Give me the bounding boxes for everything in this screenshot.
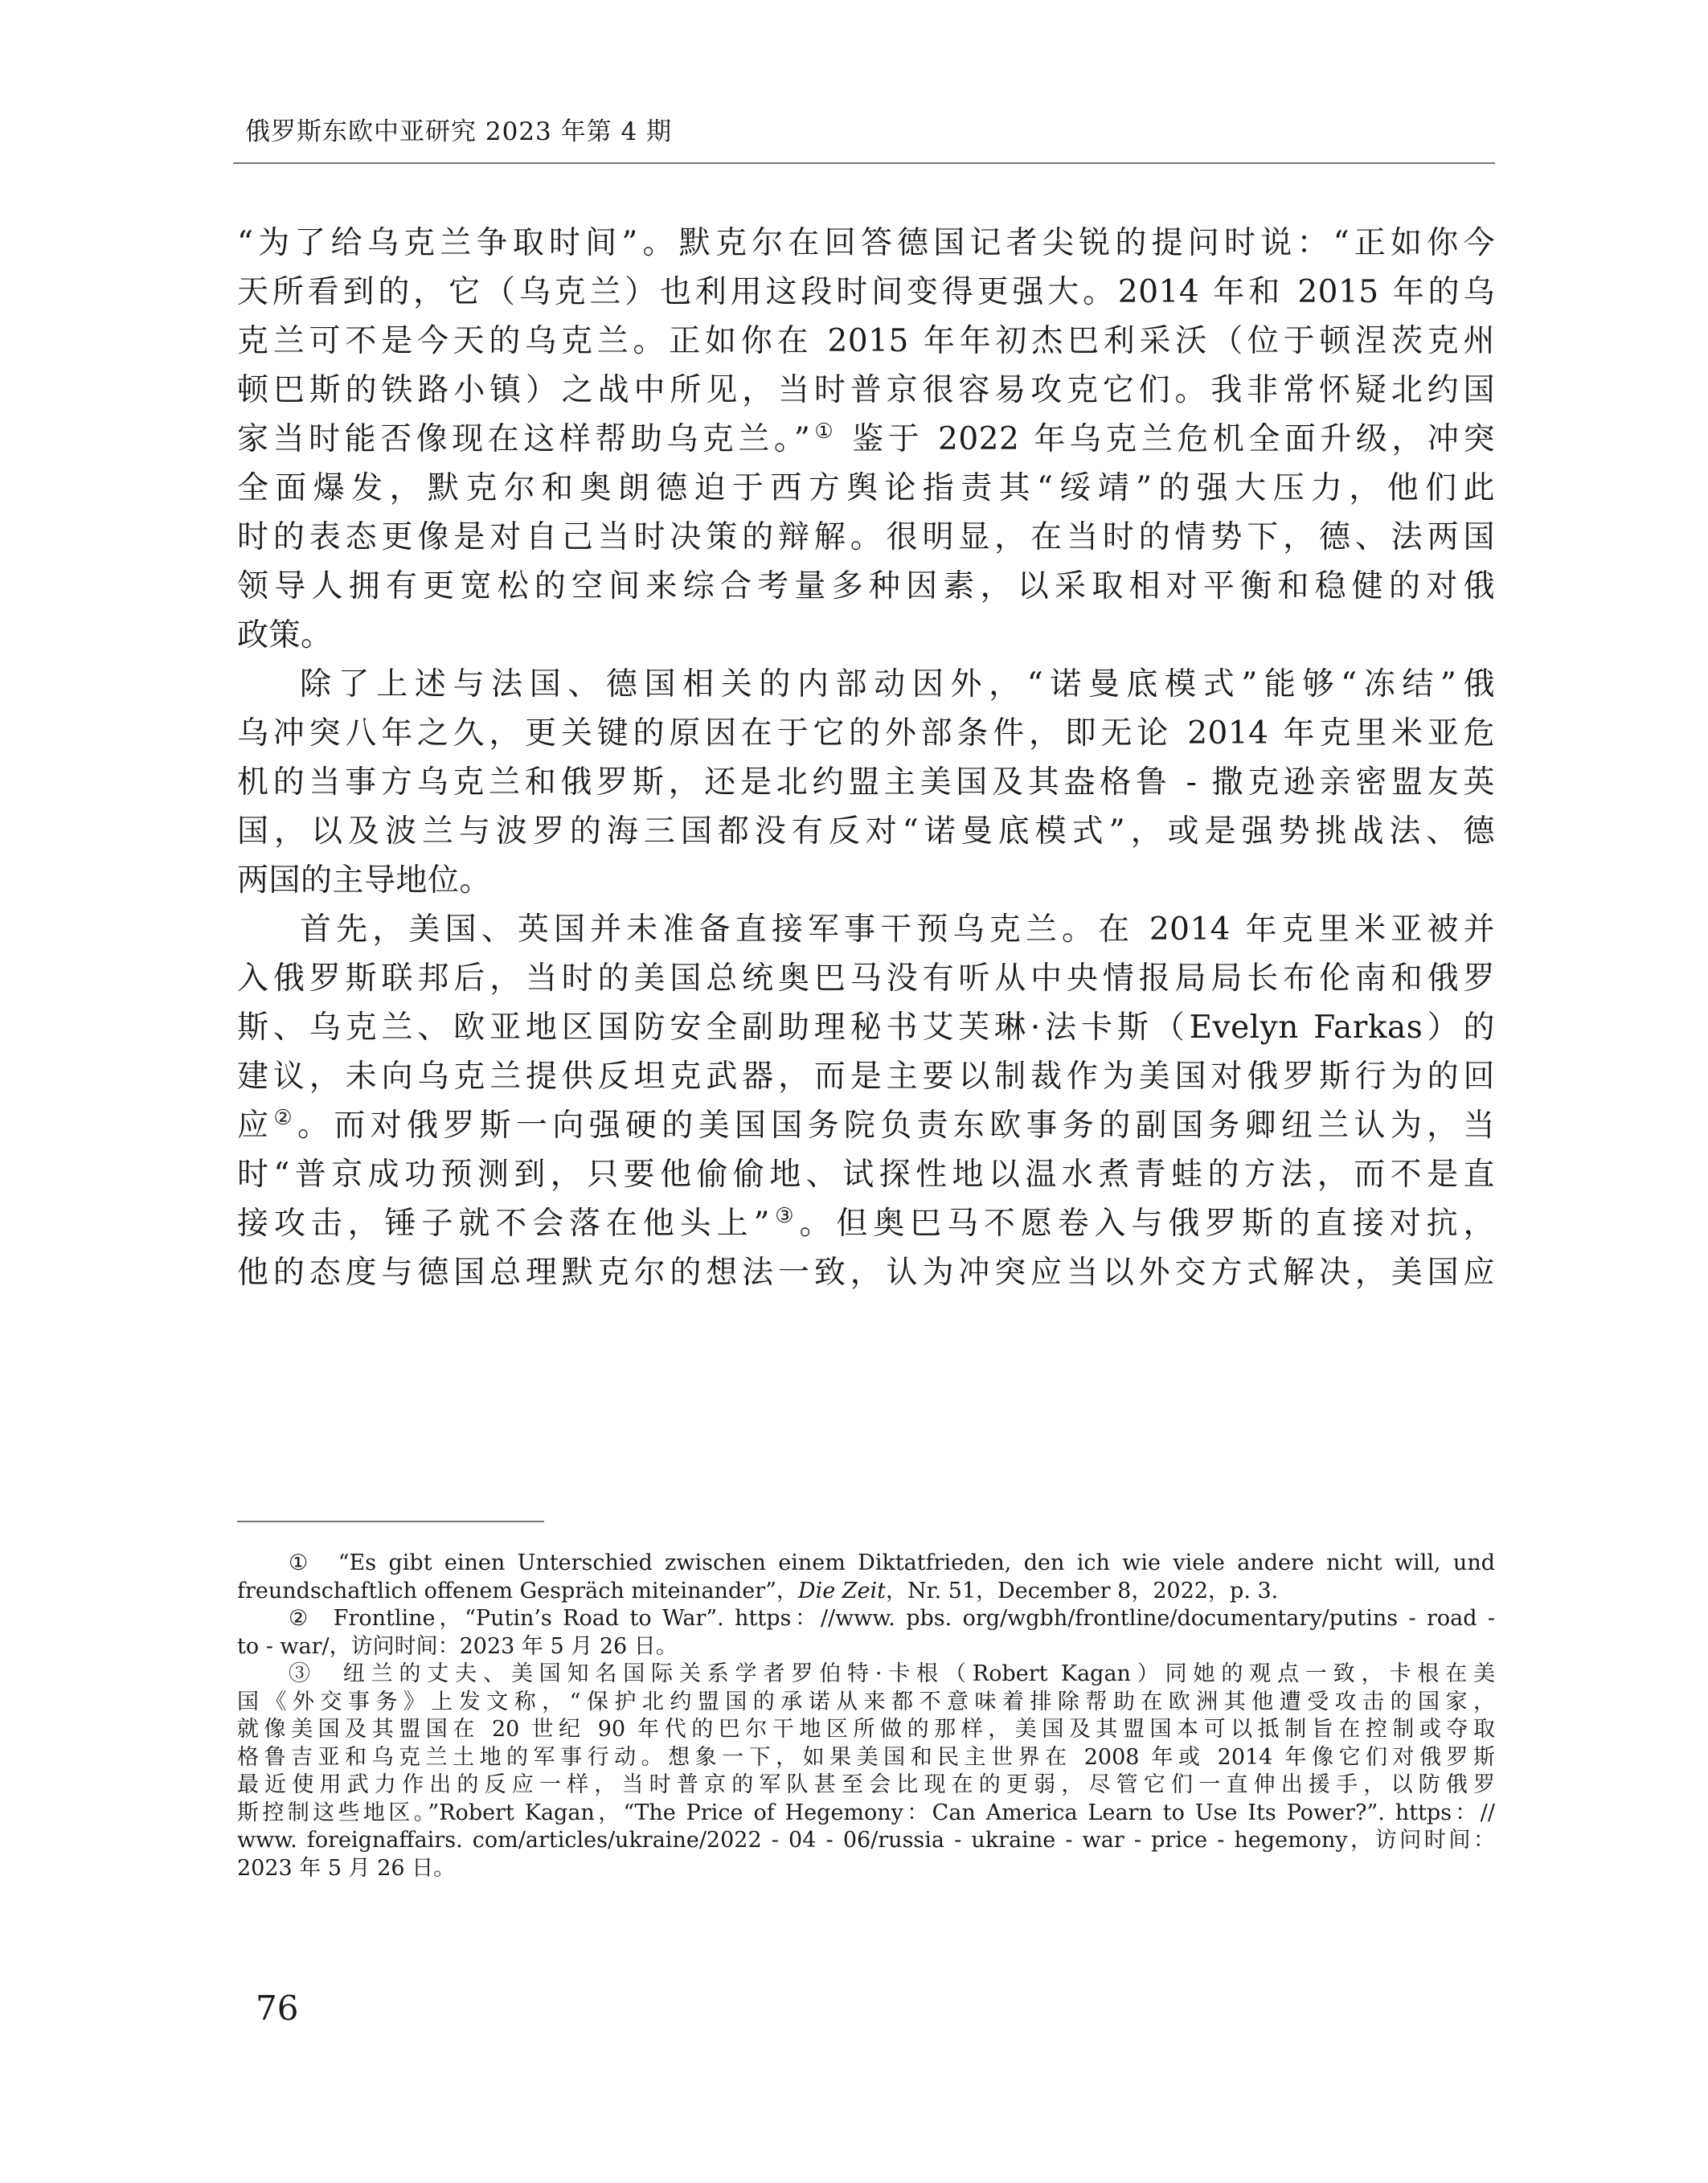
text-line: 他的态度与德国总理默克尔的想法一致，认为冲突应当以外交方式解决，美国应 [237, 1248, 1495, 1297]
text-line: 应②。而对俄罗斯一向强硬的美国国务院负责东欧事务的副国务卿纽兰认为，当 [237, 1101, 1495, 1150]
footnote-marker: ② [289, 1606, 312, 1631]
text-line: 领导人拥有更宽松的空间来综合考量多种因素，以采取相对平衡和稳健的对俄 [237, 562, 1495, 611]
text-line: 首先，美国、英国并未准备直接军事干预乌克兰。在 2014 年克里米亚被并 [237, 905, 1495, 954]
footnote-line: freundschaftlich offenem Gespräch mitein… [237, 1578, 1495, 1606]
text-line: 机的当事方乌克兰和俄罗斯，还是北约盟主美国及其盎格鲁 - 撒克逊亲密盟友英 [237, 758, 1495, 807]
footnote-marker: ① [289, 1550, 313, 1575]
text-line: 天所看到的，它（乌克兰）也利用这段时间变得更强大。2014 年和 2015 年的… [237, 268, 1495, 317]
text-span: 纽兰的丈夫、美国知名国际关系学者罗伯特·卡根（Robert Kagan）同她的观… [343, 1661, 1495, 1686]
page-number: 76 [256, 1988, 298, 2028]
running-header: 俄罗斯东欧中亚研究 2023 年第 4 期 [245, 111, 672, 147]
footnote-2: ② Frontline，“Putin’s Road to War”. https… [237, 1605, 1495, 1661]
text-line: 全面爆发，默克尔和奥朗德迫于西方舆论指责其“绥靖”的强大压力，他们此 [237, 464, 1495, 513]
footnote-ref-2[interactable]: ② [273, 1106, 297, 1130]
text-span: freundschaftlich offenem Gespräch mitein… [237, 1579, 798, 1603]
text-line: 时的表态更像是对自己当时决策的辩解。很明显，在当时的情势下，德、法两国 [237, 513, 1495, 562]
footnote-1: ① “Es gibt einen Unterschied zwischen ei… [237, 1550, 1495, 1605]
paragraph: “为了给乌克兰争取时间”。默克尔在回答德国记者尖锐的提问时说：“正如你今 天所看… [237, 219, 1495, 660]
footnote-3: ③ 纽兰的丈夫、美国知名国际关系学者罗伯特·卡根（Robert Kagan）同她… [237, 1661, 1495, 1882]
footnote-line: to - war/，访问时间：2023 年 5 月 26 日。 [237, 1633, 1495, 1661]
text-span: 应 [237, 1108, 273, 1144]
article-body: “为了给乌克兰争取时间”。默克尔在回答德国记者尖锐的提问时说：“正如你今 天所看… [237, 219, 1495, 1297]
text-line: 政策。 [237, 611, 1495, 660]
text-line: 时“普京成功预测到，只要他偷偷地、试探性地以温水煮青蛙的方法，而不是直 [237, 1150, 1495, 1199]
text-line: “为了给乌克兰争取时间”。默克尔在回答德国记者尖锐的提问时说：“正如你今 [237, 219, 1495, 268]
footnote-marker: ③ [289, 1661, 317, 1686]
footnote-line: 就像美国及其盟国在 20 世纪 90 年代的巴尔干地区所做的那样，美国及其盟国本… [237, 1716, 1495, 1744]
text-line: 入俄罗斯联邦后，当时的美国总统奥巴马没有听从中央情报局局长布伦南和俄罗 [237, 954, 1495, 1003]
text-line: 除了上述与法国、德国相关的内部动因外，“诺曼底模式”能够“冻结”俄 [237, 660, 1495, 709]
text-span: 鉴于 2022 年乌克兰危机全面升级，冲突 [838, 421, 1495, 457]
text-line: 接攻击，锤子就不会落在他头上”③。但奥巴马不愿卷入与俄罗斯的直接对抗， [237, 1199, 1495, 1248]
text-span: 。而对俄罗斯一向强硬的美国国务院负责东欧事务的副国务卿纽兰认为，当 [297, 1108, 1495, 1144]
footnote-line: 格鲁吉亚和乌克兰土地的军事行动。想象一下，如果美国和民主世界在 2008 年或 … [237, 1744, 1495, 1772]
footnote-ref-1[interactable]: ① [810, 420, 838, 444]
footnote-line: www. foreignaffairs. com/articles/ukrain… [237, 1827, 1495, 1855]
text-span: 。但奥巴马不愿卷入与俄罗斯的直接对抗， [799, 1206, 1495, 1242]
paragraph: 首先，美国、英国并未准备直接军事干预乌克兰。在 2014 年克里米亚被并 入俄罗… [237, 905, 1495, 1297]
footnote-line: 国《外交事务》上发文称，“保护北约盟国的承诺从来都不意味着排除帮助在欧洲其他遭受… [237, 1689, 1495, 1717]
text-line: 克兰可不是今天的乌克兰。正如你在 2015 年年初杰巴利采沃（位于顿涅茨克州 [237, 317, 1495, 366]
journal-title: Die Zeit [798, 1579, 886, 1603]
footnote-line: 2023 年 5 月 26 日。 [237, 1855, 1495, 1883]
footnote-line: ③ 纽兰的丈夫、美国知名国际关系学者罗伯特·卡根（Robert Kagan）同她… [237, 1661, 1495, 1689]
footnote-line: ① “Es gibt einen Unterschied zwischen ei… [237, 1550, 1495, 1578]
text-line: 乌冲突八年之久，更关键的原因在于它的外部条件，即无论 2014 年克里米亚危 [237, 709, 1495, 758]
footnote-line: 斯控制这些地区。”Robert Kagan，“The Price of Hege… [237, 1800, 1495, 1828]
footnotes: ① “Es gibt einen Unterschied zwischen ei… [237, 1550, 1495, 1882]
text-span: 家当时能否像现在这样帮助乌克兰。” [237, 421, 810, 457]
text-line: 顿巴斯的铁路小镇）之战中所见，当时普京很容易攻克它们。我非常怀疑北约国 [237, 366, 1495, 415]
text-line: 家当时能否像现在这样帮助乌克兰。”① 鉴于 2022 年乌克兰危机全面升级，冲突 [237, 415, 1495, 464]
text-line: 建议，未向乌克兰提供反坦克武器，而是主要以制裁作为美国对俄罗斯行为的回 [237, 1052, 1495, 1101]
text-line: 国，以及波兰与波罗的海三国都没有反对“诺曼底模式”，或是强势挑战法、德 [237, 807, 1495, 856]
footnote-line: 最近使用武力作出的反应一样，当时普京的军队甚至会比现在的更弱，尽管它们一直伸出援… [237, 1771, 1495, 1800]
text-span: 接攻击，锤子就不会落在他头上” [237, 1206, 770, 1242]
text-line: 斯、乌克兰、欧亚地区国防安全副助理秘书艾芙琳·法卡斯（Evelyn Farkas… [237, 1003, 1495, 1052]
text-span: ，Nr. 51，December 8，2022，p. 3. [886, 1579, 1278, 1603]
text-span: Frontline，“Putin’s Road to War”. https：/… [334, 1606, 1495, 1631]
paragraph: 除了上述与法国、德国相关的内部动因外，“诺曼底模式”能够“冻结”俄 乌冲突八年之… [237, 660, 1495, 905]
text-line: 两国的主导地位。 [237, 856, 1495, 905]
footnote-divider [237, 1521, 544, 1522]
header-divider [233, 162, 1495, 164]
text-span: “Es gibt einen Unterschied zwischen eine… [338, 1550, 1495, 1575]
footnote-ref-3[interactable]: ③ [770, 1204, 800, 1228]
footnote-line: ② Frontline，“Putin’s Road to War”. https… [237, 1605, 1495, 1633]
